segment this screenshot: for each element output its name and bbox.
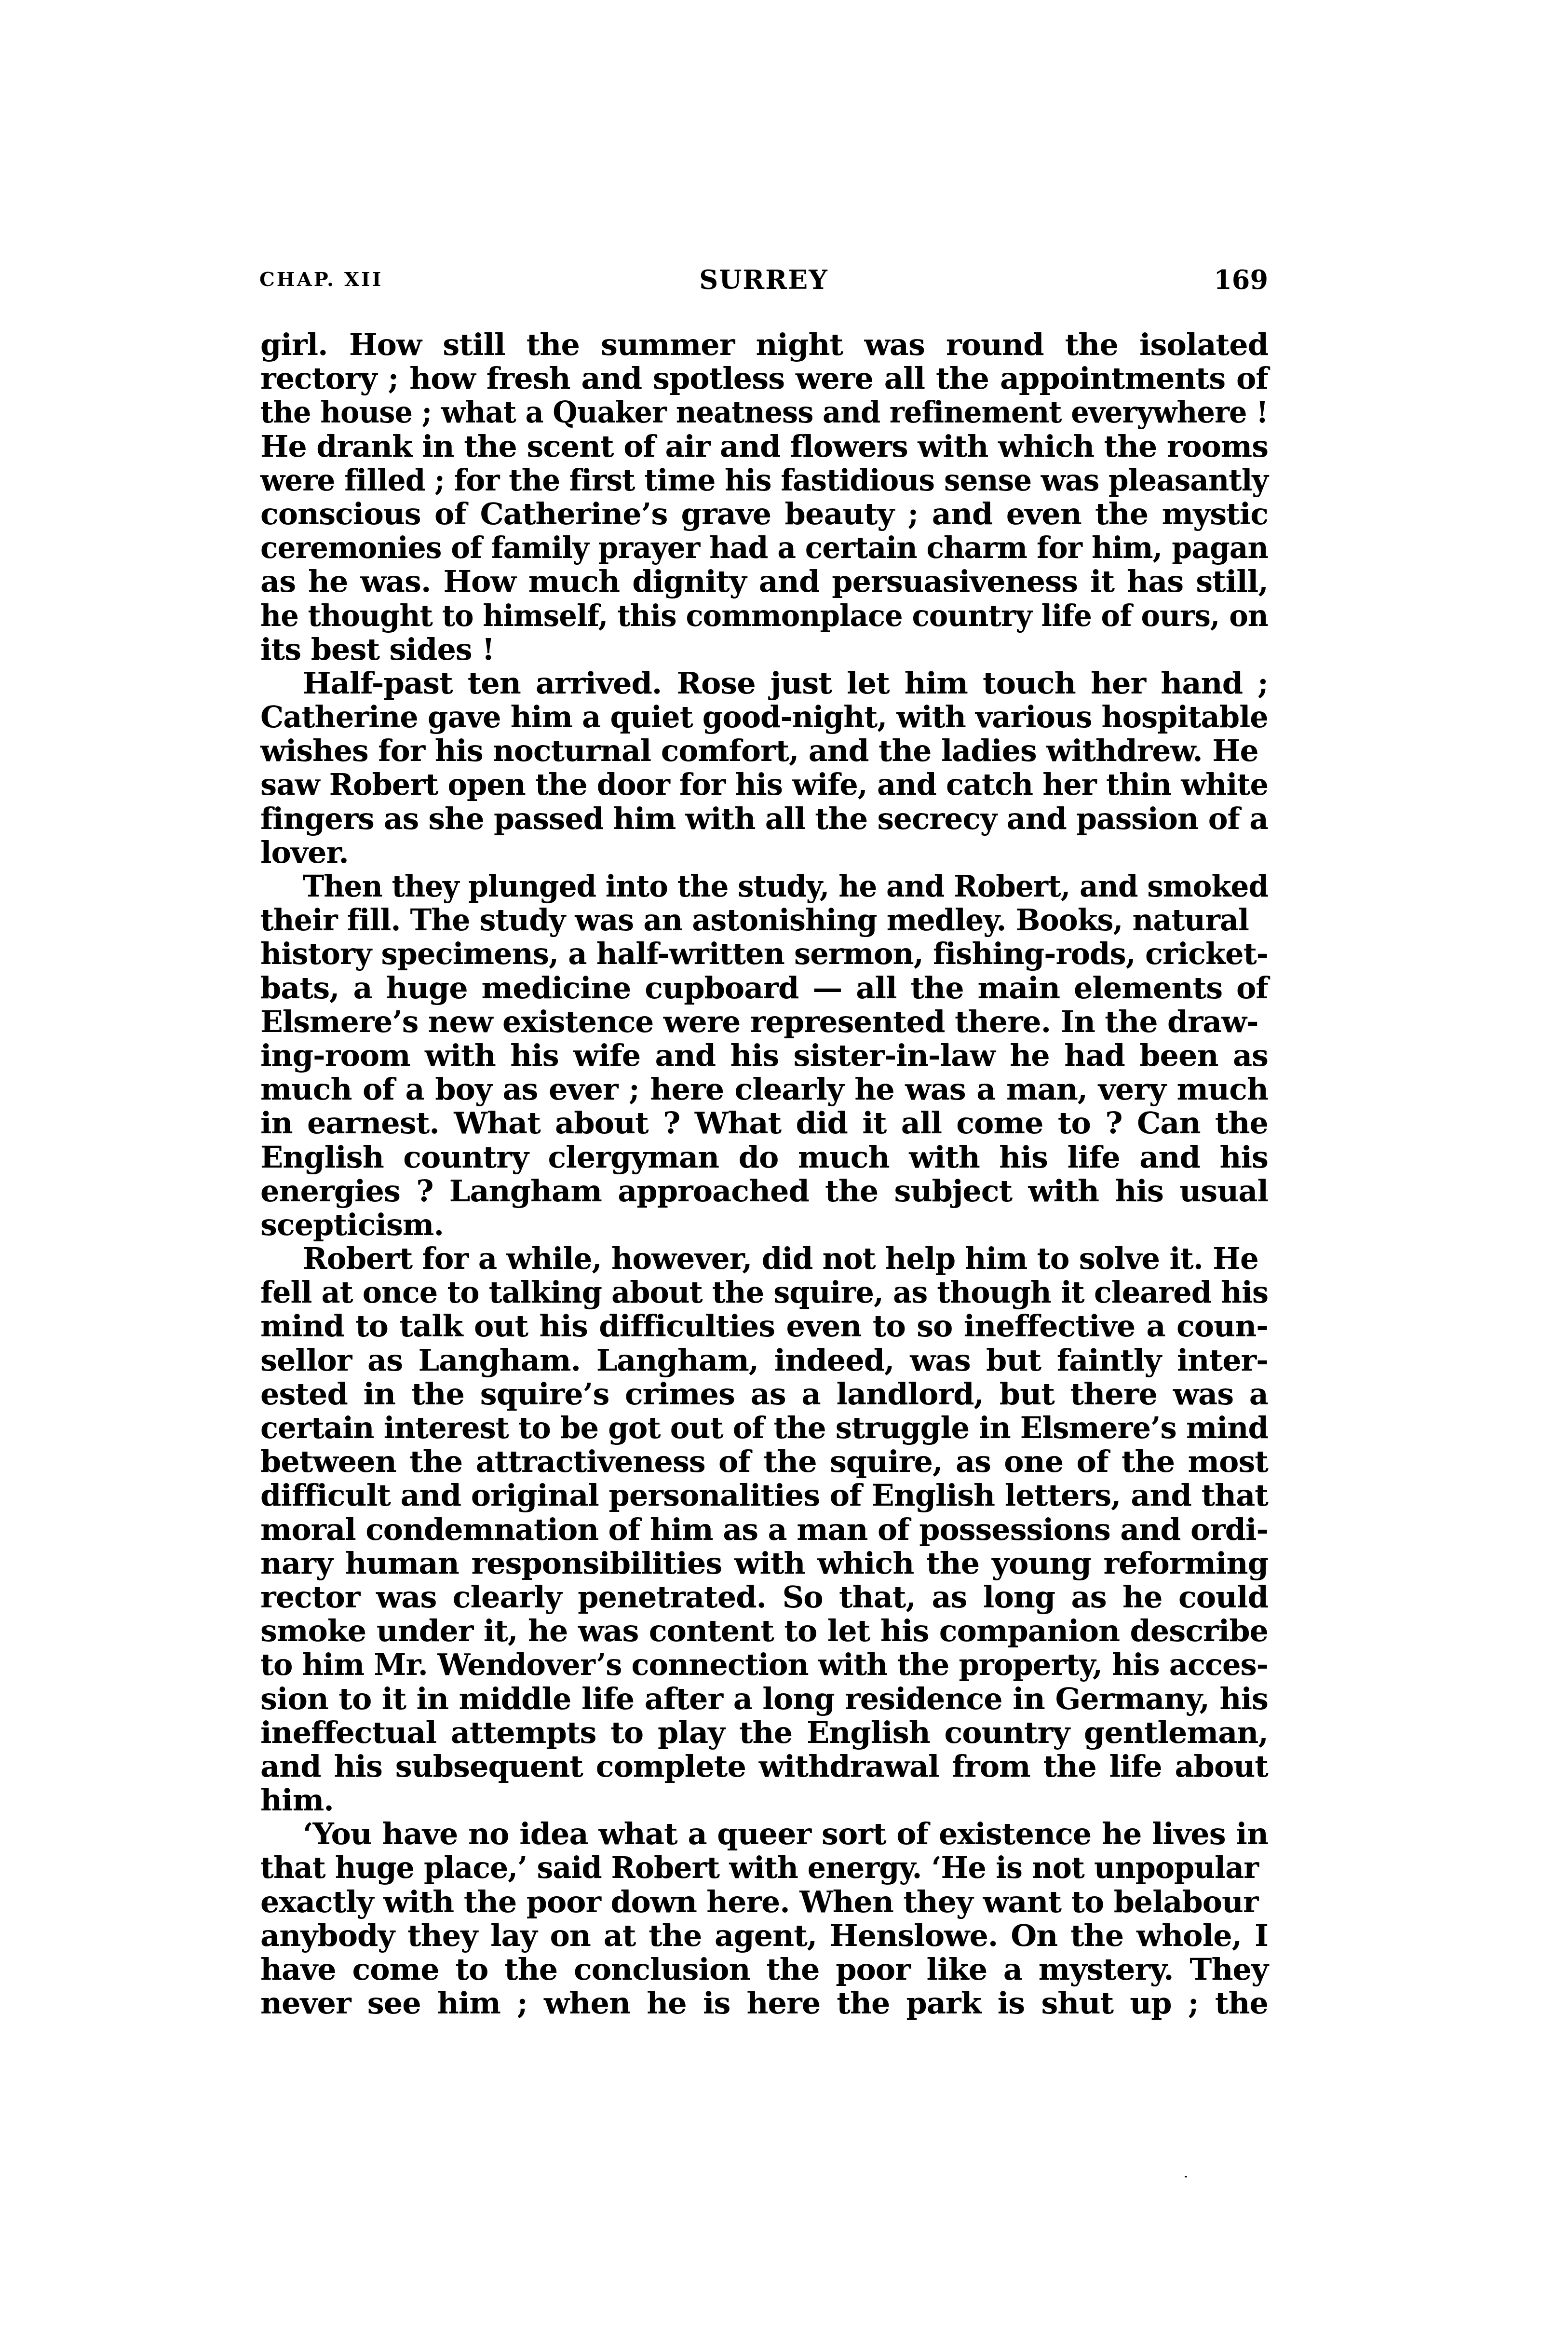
text-line: exactly with the poor down here. When th… (260, 1885, 1268, 1919)
text-line: to him Mr. Wendover’s connection with th… (260, 1648, 1268, 1682)
book-page: CHAP. XII SURREY 169 girl. How still the… (0, 0, 1568, 2352)
paragraph: Then they plunged into the study, he and… (260, 870, 1268, 1242)
text-line: he thought to himself, this commonplace … (260, 599, 1268, 633)
text-line: fell at once to talking about the squire… (260, 1276, 1268, 1309)
running-head: CHAP. XII SURREY 169 (259, 264, 1268, 295)
scan-speck (1185, 2176, 1187, 2177)
text-line: anybody they lay on at the agent, Henslo… (260, 1919, 1268, 1953)
section-title: SURREY (259, 264, 1268, 295)
text-line: sellor as Langham. Langham, indeed, was … (260, 1344, 1268, 1377)
text-line: its best sides ! (260, 633, 1268, 666)
text-line: much of a boy as ever ; here clearly he … (260, 1073, 1268, 1106)
text-line: Half-past ten arrived. Rose just let him… (260, 666, 1268, 700)
text-line: have come to the conclusion the poor lik… (260, 1953, 1268, 1986)
text-line: He drank in the scent of air and flowers… (260, 430, 1268, 463)
text-line: rectory ; how fresh and spotless were al… (260, 362, 1268, 395)
text-line: lover. (260, 836, 1268, 870)
text-line: ceremonies of family prayer had a certai… (260, 531, 1268, 565)
text-line: nary human responsibilities with which t… (260, 1547, 1268, 1580)
text-line: ineffectual attempts to play the English… (260, 1716, 1268, 1750)
text-line: him. (260, 1783, 1268, 1817)
text-line: the house ; what a Quaker neatness and r… (260, 395, 1268, 429)
paragraph: Robert for a while, however, did not hel… (260, 1242, 1268, 1817)
text-line: their fill. The study was an astonishing… (260, 903, 1268, 937)
text-line: certain interest to be got out of the st… (260, 1411, 1268, 1445)
text-line: rector was clearly penetrated. So that, … (260, 1580, 1268, 1614)
text-line: English country clergyman do much with h… (260, 1141, 1268, 1174)
text-line: bats, a huge medicine cupboard — all the… (260, 971, 1268, 1005)
text-line: energies ? Langham approached the subjec… (260, 1174, 1268, 1208)
paragraph: Half-past ten arrived. Rose just let him… (260, 666, 1268, 870)
text-line: difficult and original personalities of … (260, 1479, 1268, 1512)
text-line: girl. How still the summer night was rou… (260, 328, 1268, 362)
paragraph: ‘You have no idea what a queer sort of e… (260, 1817, 1268, 2020)
text-line: Elsmere’s new existence were represented… (260, 1005, 1268, 1039)
text-line: were filled ; for the first time his fas… (260, 463, 1268, 497)
text-line: moral condemnation of him as a man of po… (260, 1513, 1268, 1547)
text-line: fingers as she passed him with all the s… (260, 802, 1268, 836)
text-line: never see him ; when he is here the park… (260, 1986, 1268, 2020)
text-line: ing-room with his wife and his sister-in… (260, 1039, 1268, 1073)
page-number: 169 (1214, 264, 1268, 295)
text-line: saw Robert open the door for his wife, a… (260, 768, 1268, 802)
text-line: sion to it in middle life after a long r… (260, 1682, 1268, 1716)
text-line: scepticism. (260, 1208, 1268, 1242)
text-line: mind to talk out his difficulties even t… (260, 1309, 1268, 1343)
text-line: conscious of Catherine’s grave beauty ; … (260, 497, 1268, 531)
text-line: Catherine gave him a quiet good-night, w… (260, 700, 1268, 734)
body-text: girl. How still the summer night was rou… (260, 328, 1268, 2020)
text-line: Robert for a while, however, did not hel… (261, 1242, 1310, 1276)
text-line: ‘You have no idea what a queer sort of e… (260, 1817, 1268, 1851)
text-line: in earnest. What about ? What did it all… (260, 1106, 1268, 1140)
text-line: between the attractiveness of the squire… (260, 1445, 1268, 1479)
text-line: that huge place,’ said Robert with energ… (260, 1851, 1268, 1885)
text-line: smoke under it, he was content to let hi… (260, 1614, 1268, 1648)
paragraph: girl. How still the summer night was rou… (260, 328, 1268, 666)
text-line: wishes for his nocturnal comfort, and th… (260, 734, 1268, 768)
text-line: Then they plunged into the study, he and… (262, 870, 1309, 903)
text-line: as he was. How much dignity and persuasi… (260, 565, 1268, 598)
text-line: ested in the squire’s crimes as a landlo… (260, 1377, 1268, 1411)
text-line: history specimens, a half-written sermon… (260, 937, 1268, 971)
text-line: and his subsequent complete withdrawal f… (260, 1750, 1268, 1783)
